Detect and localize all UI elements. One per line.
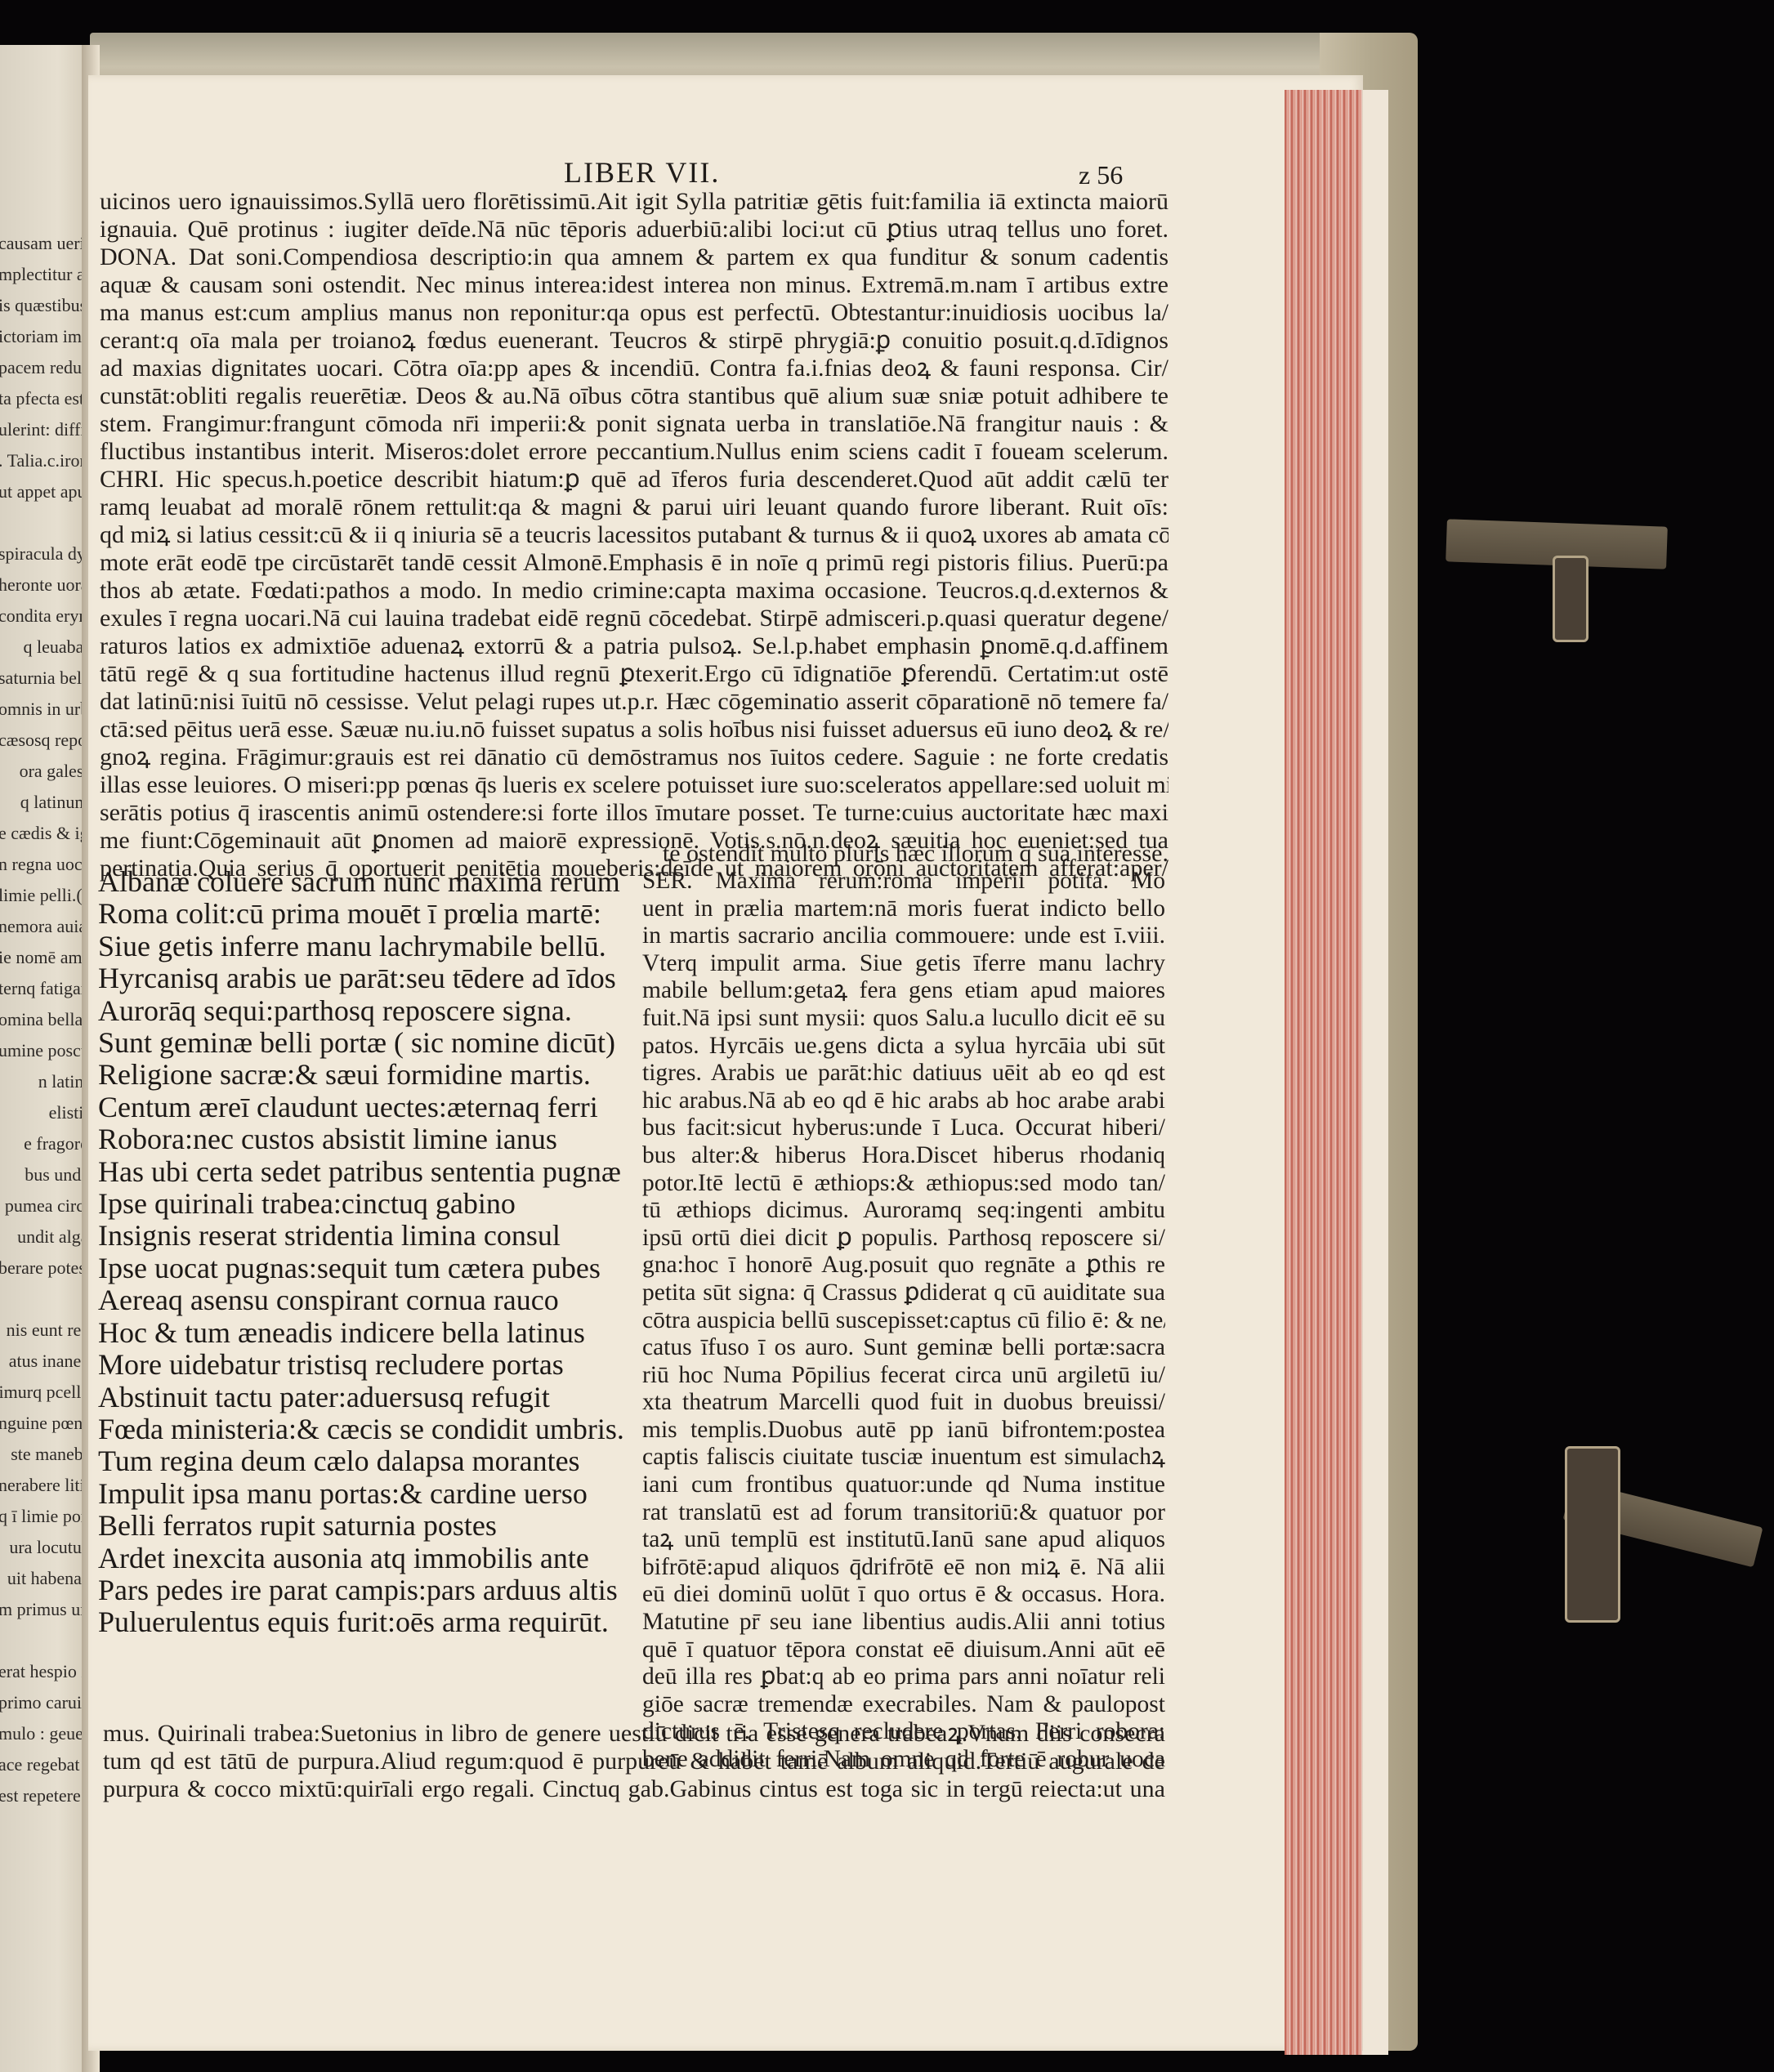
commentary-line: stem. Frangimur:frangunt cōmoda nr̄i imp… [100,410,1169,438]
commentary-line: gna:hoc ī honorē Aug.posuit quo regnāte … [642,1252,1165,1279]
facing-page-line: cæsosq reportant [0,730,93,751]
commentary-line: rat translatū est ad forum transitoriū:&… [642,1499,1165,1527]
commentary-line: cerant:q oīa mala per troianoꝝ fœdus eue… [100,327,1169,355]
commentary-block-bottom: mus. Quirinali trabea:Suetonius in libro… [103,1720,1165,1803]
facing-page-line: nemora auia ma/ [0,916,93,937]
commentary-line: mus. Quirinali trabea:Suetonius in libro… [103,1720,1165,1748]
facing-page-line: pacem reduci pote [0,357,93,378]
clasp-upper-knob [1553,556,1589,642]
facing-page-line: ora galesi. [0,761,93,782]
facing-page-line: ulerint: difficile est [0,419,93,440]
commentary-line: DONA. Dat soni.Compendiosa descriptio:in… [100,243,1169,271]
folio-signature: z 56 [1079,160,1123,190]
verse-line: Hyrcanisq arabis ue parāt:seu tēdere ad … [98,962,621,994]
commentary-line: hic arabus.Nā ab eo qd ē hic arabs ab ho… [642,1087,1165,1115]
facing-page-line: bus undis [0,1164,93,1186]
commentary-line: ipsū ortū diei dicit ꝑ populis. Parthosq… [642,1225,1165,1253]
facing-page-line: nguine pœnas [0,1413,93,1434]
facing-page-line: uit habenas. [0,1568,93,1589]
facing-page-line: q leuabat. [0,636,93,658]
verse-line: Ipse quirinali trabea:cinctuq gabino [98,1188,621,1220]
facing-page-line: nis eunt res: [0,1320,93,1341]
verse-line: Ardet inexcita ausonia atq immobilis ant… [98,1543,621,1574]
facing-page-line: n regna uocari: [0,854,93,875]
commentary-line: gnoꝝ regina. Frāgimur:grauis est rei dān… [100,744,1169,771]
commentary-line: in martis sacrario ancilia commouere: un… [642,922,1165,950]
page-block-edge [1361,90,1388,2055]
commentary-line: uent in prælia martem:nā moris fuerat in… [642,895,1165,923]
commentary-line: bus alter:& hiberus Hora.Discet hiberus … [642,1142,1165,1170]
verse-line: Impulit ipsa manu portas:& cardine uerso [98,1478,621,1510]
verse-line: Belli ferratos rupit saturnia postes [98,1510,621,1542]
commentary-line: bifrōtē:apud aliquos q̄drifrōtē eē non m… [642,1554,1165,1582]
verse-line: Abstinuit tactu pater:aduersusq refugit [98,1382,621,1413]
commentary-line: tum qd est tātū de purpura.Aliud regum:q… [103,1748,1165,1775]
facing-page-line: mplectitur autem [0,264,93,285]
verse-line: More uidebatur tristisq recludere portas [98,1349,621,1381]
commentary-line: ctā:sed pēitus uerā esse. Sæuæ nu.iu.nō … [100,716,1169,744]
commentary-line: thos ab ætate. Fœdati:pathos a modo. In … [100,577,1169,605]
facing-page-line: omina bellam [0,1009,93,1030]
commentary-line: petita sūt signa: q̄ Crassus ꝑdiderat q … [642,1279,1165,1307]
commentary-line: SER. Maxima rerum:roma imperii potita. M… [642,868,1165,895]
commentary-line: xta theatrum Marcelli quod fuit in duobu… [642,1389,1165,1417]
verse-line: Has ubi certa sedet patribus sententia p… [98,1156,621,1188]
facing-page-line: ste manebit [0,1444,93,1465]
clasp-lower-knob [1565,1446,1620,1623]
commentary-line: fluctibus instantibus interit. Miseros:d… [100,438,1169,466]
commentary-line: patos. Hyrcāis ue.gens dicta a sylua hyr… [642,1033,1165,1061]
facing-page-line: e fragore: [0,1133,93,1154]
facing-page-line: mulo : geuere sub [0,1723,93,1744]
commentary-line: ad maxias dignitates uocari. Cōtra oīa:p… [100,355,1169,382]
facing-page-line: pumea circū [0,1195,93,1217]
commentary-line: purpura & cocco mixtū:quirīali ergo rega… [103,1775,1165,1803]
facing-page-line: umine poscunt. [0,1040,93,1061]
commentary-line: taꝝ unū templū est institutū.Ianū sane a… [642,1526,1165,1554]
commentary-line: Matutine pr̄ seu iane libentius audis.Al… [642,1609,1165,1637]
verse-line: Sunt geminæ belli portæ ( sic nomine dic… [98,1027,621,1059]
verse-line: Aurorāq sequi:parthosq reposcere signa. [98,995,621,1027]
facing-page-line: limie pelli.(tres [0,885,93,906]
commentary-line: aquæ & causam soni ostendit. Nec minus i… [100,271,1169,299]
running-head: LIBER VII. [564,155,720,190]
commentary-top-tail: te ostendit multo pluris hæc illorum q̄ … [646,840,1169,868]
verse-line: Hoc & tum æneadis indicere bella latinus [98,1317,621,1349]
verse-line: Insignis reserat stridentia limina consu… [98,1220,621,1252]
facing-page-line: condita erynnis [0,605,93,627]
commentary-line: eū diei dominū uolūt ī quo ortus ē & occ… [642,1581,1165,1609]
commentary-line: qd miꝝ si latius cessit:cū & ii q iniuri… [100,521,1169,549]
commentary-line: serātis potius q̄ irascentis animū osten… [100,799,1169,827]
commentary-line: cunstāt:obliti regalis reuerētiæ. Deos &… [100,382,1169,410]
facing-page-line: heronte uorago [0,574,93,596]
facing-page-line: undit alga. [0,1226,93,1248]
facing-page-line: q ī limie portus. [0,1506,93,1527]
facing-page-line: ura locutus. [0,1537,93,1558]
commentary-block-top: uicinos uero ignauissimos.Syllā uero flo… [100,188,1169,882]
facing-page-line: ta pfecta est discor [0,388,93,409]
facing-page-line: atus inanes: [0,1351,93,1372]
verse-line: Fœda ministeria:& cæcis se condidit umbr… [98,1413,621,1445]
verse-line: Centum æreī claudunt uectes:æternaq ferr… [98,1092,621,1123]
facing-page-line: nerabere litis. [0,1475,93,1496]
commentary-line: mote erāt eodē tpe circūstarēt tandē ces… [100,549,1169,577]
commentary-line: mabile bellum:getaꝝ fera gens etiam apud… [642,977,1165,1005]
commentary-line: tigres. Arabis ue parāt:hic datiuus uēit… [642,1060,1165,1087]
verse-line: Religione sacræ:& sæui formidine martis. [98,1059,621,1091]
commentary-line: ramq leuabat ad moralē rōnem rettulit:qa… [100,493,1169,521]
facing-page-line: ie nomē amaræ) [0,947,93,968]
commentary-line: cōtra auspicia bellū suscepisset:captus … [642,1307,1165,1335]
commentary-line: exules ī regna uocari.Nā cui lauina trad… [100,605,1169,632]
commentary-line: catus īfuso ī os auro. Sunt geminæ belli… [642,1334,1165,1362]
verse-line: Albanæ coluere sacrum nunc maxima rerum [98,866,621,898]
verse-line: Ipse uocat pugnas:sequit tum cætera pube… [98,1253,621,1284]
facing-page-line: imurq pcellæ [0,1382,93,1403]
commentary-line: giōe sacræ tremendæ execrabiles. Nam & p… [642,1691,1165,1719]
commentary-line: ignauia. Quē protinus : iugiter deīde.Nā… [100,216,1169,243]
commentary-line: quē ī quatuor tēpora constat eē diuisum.… [642,1637,1165,1664]
commentary-line: tātū regē & q sua fortitudine hactenus i… [100,660,1169,688]
facing-page-line: m primus urbes [0,1599,93,1620]
commentary-line: tū æthiops dicimus. Auroramq seq:ingenti… [642,1197,1165,1225]
commentary-line: ma manus est:cum amplius manus non repon… [100,299,1169,327]
facing-page-line: ternq fatigant. [0,978,93,999]
facing-page-line: q latinum. [0,792,93,813]
facing-page-line: primo caruisse bel [0,1692,93,1713]
commentary-line: bus facit:sicut hyberus:unde ī Luca. Occ… [642,1114,1165,1142]
commentary-line: uicinos uero ignauissimos.Syllā uero flo… [100,188,1169,216]
commentary-column-right: SER. Maxima rerum:roma imperii potita. M… [642,868,1165,1774]
commentary-line: fuit.Nā ipsi sunt mysii: quos Salu.a luc… [642,1005,1165,1033]
verse-line: Aereaq asensu conspirant cornua rauco [98,1284,621,1316]
verse-line: Roma colit:cū prima mouēt ī prœlia martē… [98,898,621,930]
verse-line: Robora:nec custos absistit limine ianus [98,1123,621,1155]
facing-page-line: omnis in urbē [0,699,93,720]
commentary-line: riū hoc Numa Pōpilius fecerat circa unū … [642,1362,1165,1390]
facing-page-line: e cædis & ignis [0,823,93,844]
verse-line: Pars pedes ire parat campis:pars arduus … [98,1574,621,1606]
verse-line: Puluerulentus equis furit:oēs arma requi… [98,1606,621,1638]
red-stained-fore-edge [1285,90,1362,2055]
facing-page-line: est repetere qu [0,1785,93,1806]
facing-page-line: is quæstibus inuē [0,295,93,316]
facing-page-line: ut appet apud Pli. [0,481,93,502]
commentary-line: deū illa res ꝑbat:q ab eo prima pars ann… [642,1663,1165,1691]
commentary-line: CHRI. Hic specus.h.poetice describit hia… [100,466,1169,493]
commentary-line: raturos latios ex admixtiōe aduenaꝝ exto… [100,632,1169,660]
commentary-line: captis faliscis ciuitate tusciæ inuentum… [642,1444,1165,1471]
facing-page-line: elistit. [0,1102,93,1123]
facing-page-line: saturnia bello [0,668,93,689]
facing-page-line: . Talia.c.ironiā cō [0,450,93,471]
facing-page-line: ictoriam impelle/ [0,326,93,347]
facing-page-line: berare potestas [0,1257,93,1279]
commentary-line: dat latinū:nisi īuitū nō cessisse. Velut… [100,688,1169,716]
commentary-line: potor.Itē lectū ē æthiops:& æthiopus:sed… [642,1170,1165,1198]
commentary-line: iani cum frontibus quatuor:unde qd Numa … [642,1471,1165,1499]
facing-page-line: n latini. [0,1071,93,1092]
facing-page-line: ace regebat nō p [0,1754,93,1775]
verse-line: Tum regina deum cælo dalapsa morantes [98,1445,621,1477]
commentary-line: mis templis.Duobus autē pp ianū bifronte… [642,1417,1165,1445]
facing-page-line: spiracula dytis [0,543,93,565]
commentary-line: te ostendit multo pluris hæc illorum q̄ … [646,840,1169,868]
commentary-line: illas esse leuiores. O miseri:pp pœnas q… [100,771,1169,799]
page-header: LIBER VII. z 56 [0,155,1774,188]
verse-column: Albanæ coluere sacrum nunc maxima rerumR… [98,866,621,1639]
facing-page-line: erat hespio in latio: [0,1661,93,1682]
commentary-line: Vterq impulit arma. Siue getis īferre ma… [642,950,1165,978]
facing-page-line: causam uerisimilē [0,233,93,254]
verse-line: Siue getis inferre manu lachrymabile bel… [98,931,621,962]
